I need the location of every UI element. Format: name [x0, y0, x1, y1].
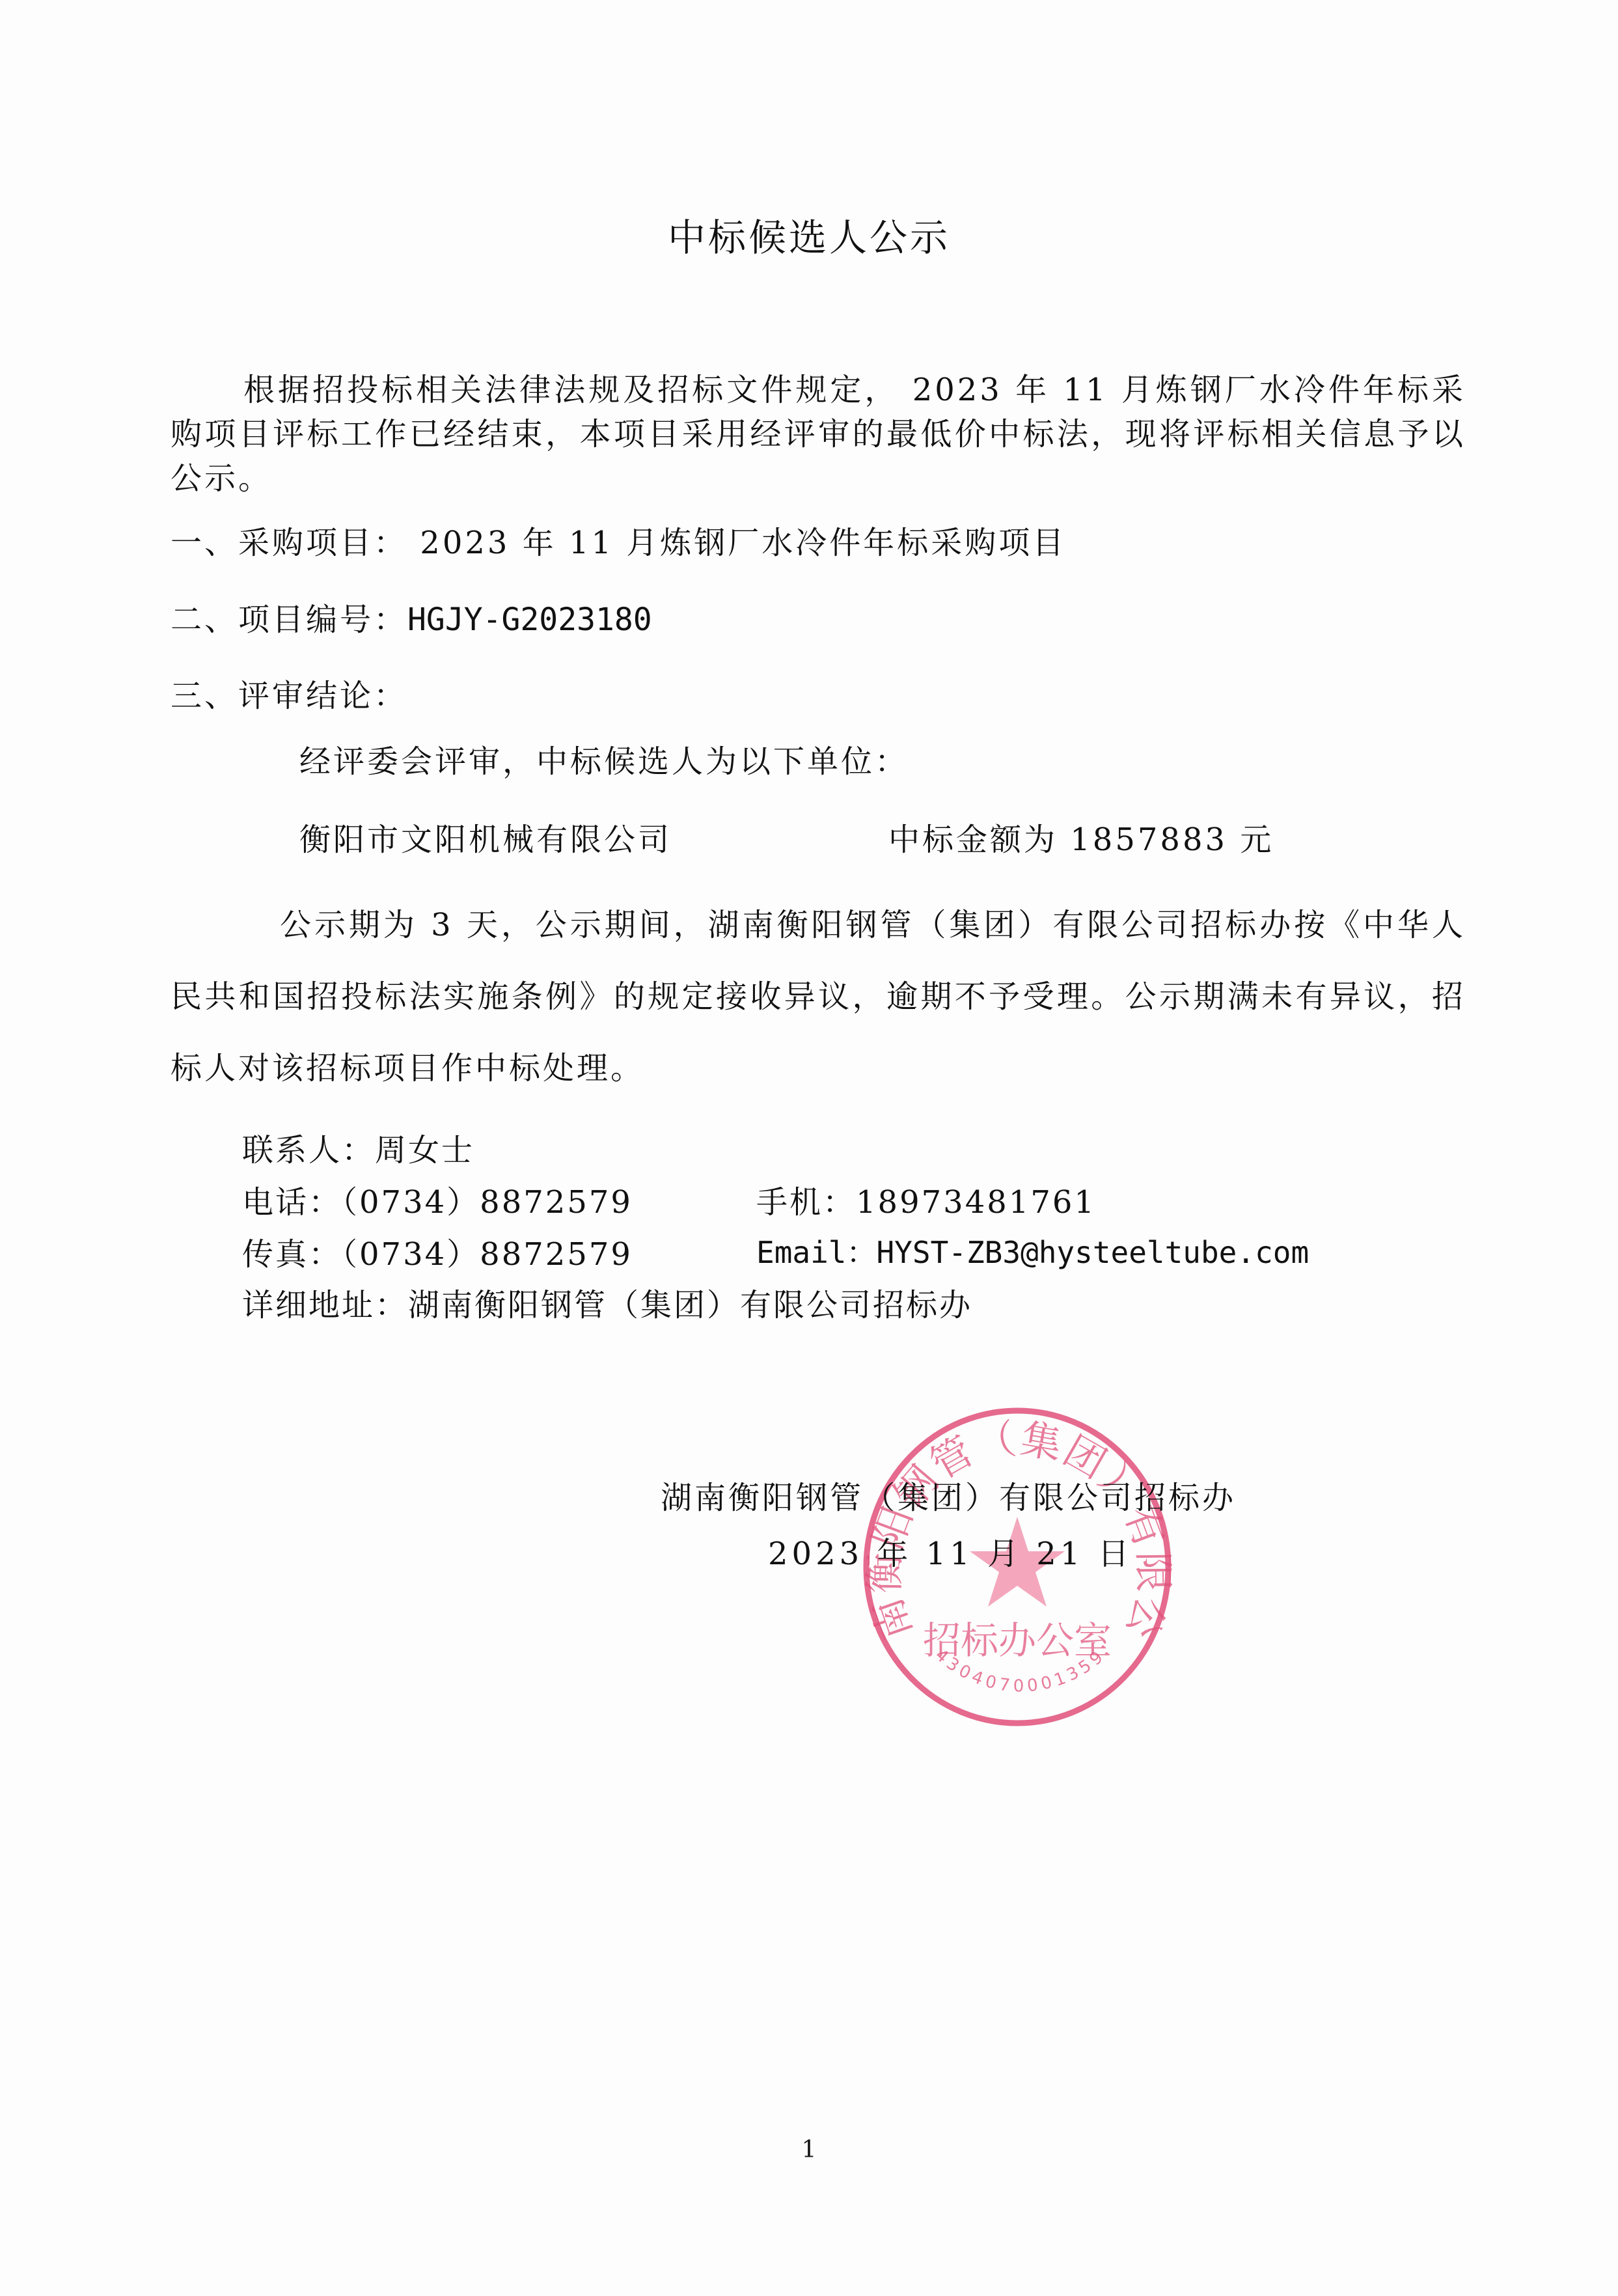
contact-email: Email：HYST-ZB3@hysteeltube.com	[756, 1229, 1309, 1272]
email-link[interactable]: HYST-ZB3@hysteeltube.com	[876, 1235, 1309, 1270]
signature-date: 2023 年 11 月 21 日	[768, 1528, 1133, 1573]
contact-fax: 传真：（0734）8872579	[242, 1229, 633, 1274]
contact-person: 联系人：周女士	[242, 1125, 474, 1170]
document-page: 中标候选人公示 根据招投标相关法律法规及招标文件规定， 2023 年 11 月炼…	[0, 0, 1618, 2296]
contact-phone: 电话：（0734）8872579	[242, 1177, 633, 1222]
item-label: 二、项目编号：	[171, 602, 407, 638]
item-label: 一、采购项目：	[171, 525, 407, 561]
item-value: HGJY-G2023180	[407, 602, 652, 638]
page-title: 中标候选人公示	[0, 207, 1618, 262]
page-number: 1	[0, 2137, 1618, 2163]
item-value: 2023 年 11 月炼钢厂水冷件年标采购项目	[407, 525, 1066, 561]
winning-bidder-name: 衡阳市文阳机械有限公司	[299, 819, 672, 861]
item-project-number: 二、项目编号：HGJY-G2023180	[171, 594, 652, 639]
item-review-conclusion: 三、评审结论：	[171, 671, 407, 715]
conclusion-intro: 经评委会评审，中标候选人为以下单位：	[299, 741, 909, 782]
notice-paragraph: 公示期为 3 天，公示期间，湖南衡阳钢管（集团）有限公司招标办按《中华人民共和国…	[171, 889, 1466, 1104]
contact-address: 详细地址：湖南衡阳钢管（集团）有限公司招标办	[242, 1280, 972, 1325]
intro-paragraph: 根据招投标相关法律法规及招标文件规定， 2023 年 11 月炼钢厂水冷件年标采…	[171, 368, 1466, 501]
winning-bid-amount: 中标金额为 1857883 元	[888, 819, 1274, 861]
email-label: Email：	[756, 1235, 876, 1270]
contact-mobile: 手机：18973481761	[756, 1177, 1096, 1222]
item-procurement-project: 一、采购项目： 2023 年 11 月炼钢厂水冷件年标采购项目	[171, 518, 1066, 562]
signature-organization: 湖南衡阳钢管（集团）有限公司招标办	[661, 1473, 1236, 1517]
item-label: 三、评审结论：	[171, 678, 407, 714]
